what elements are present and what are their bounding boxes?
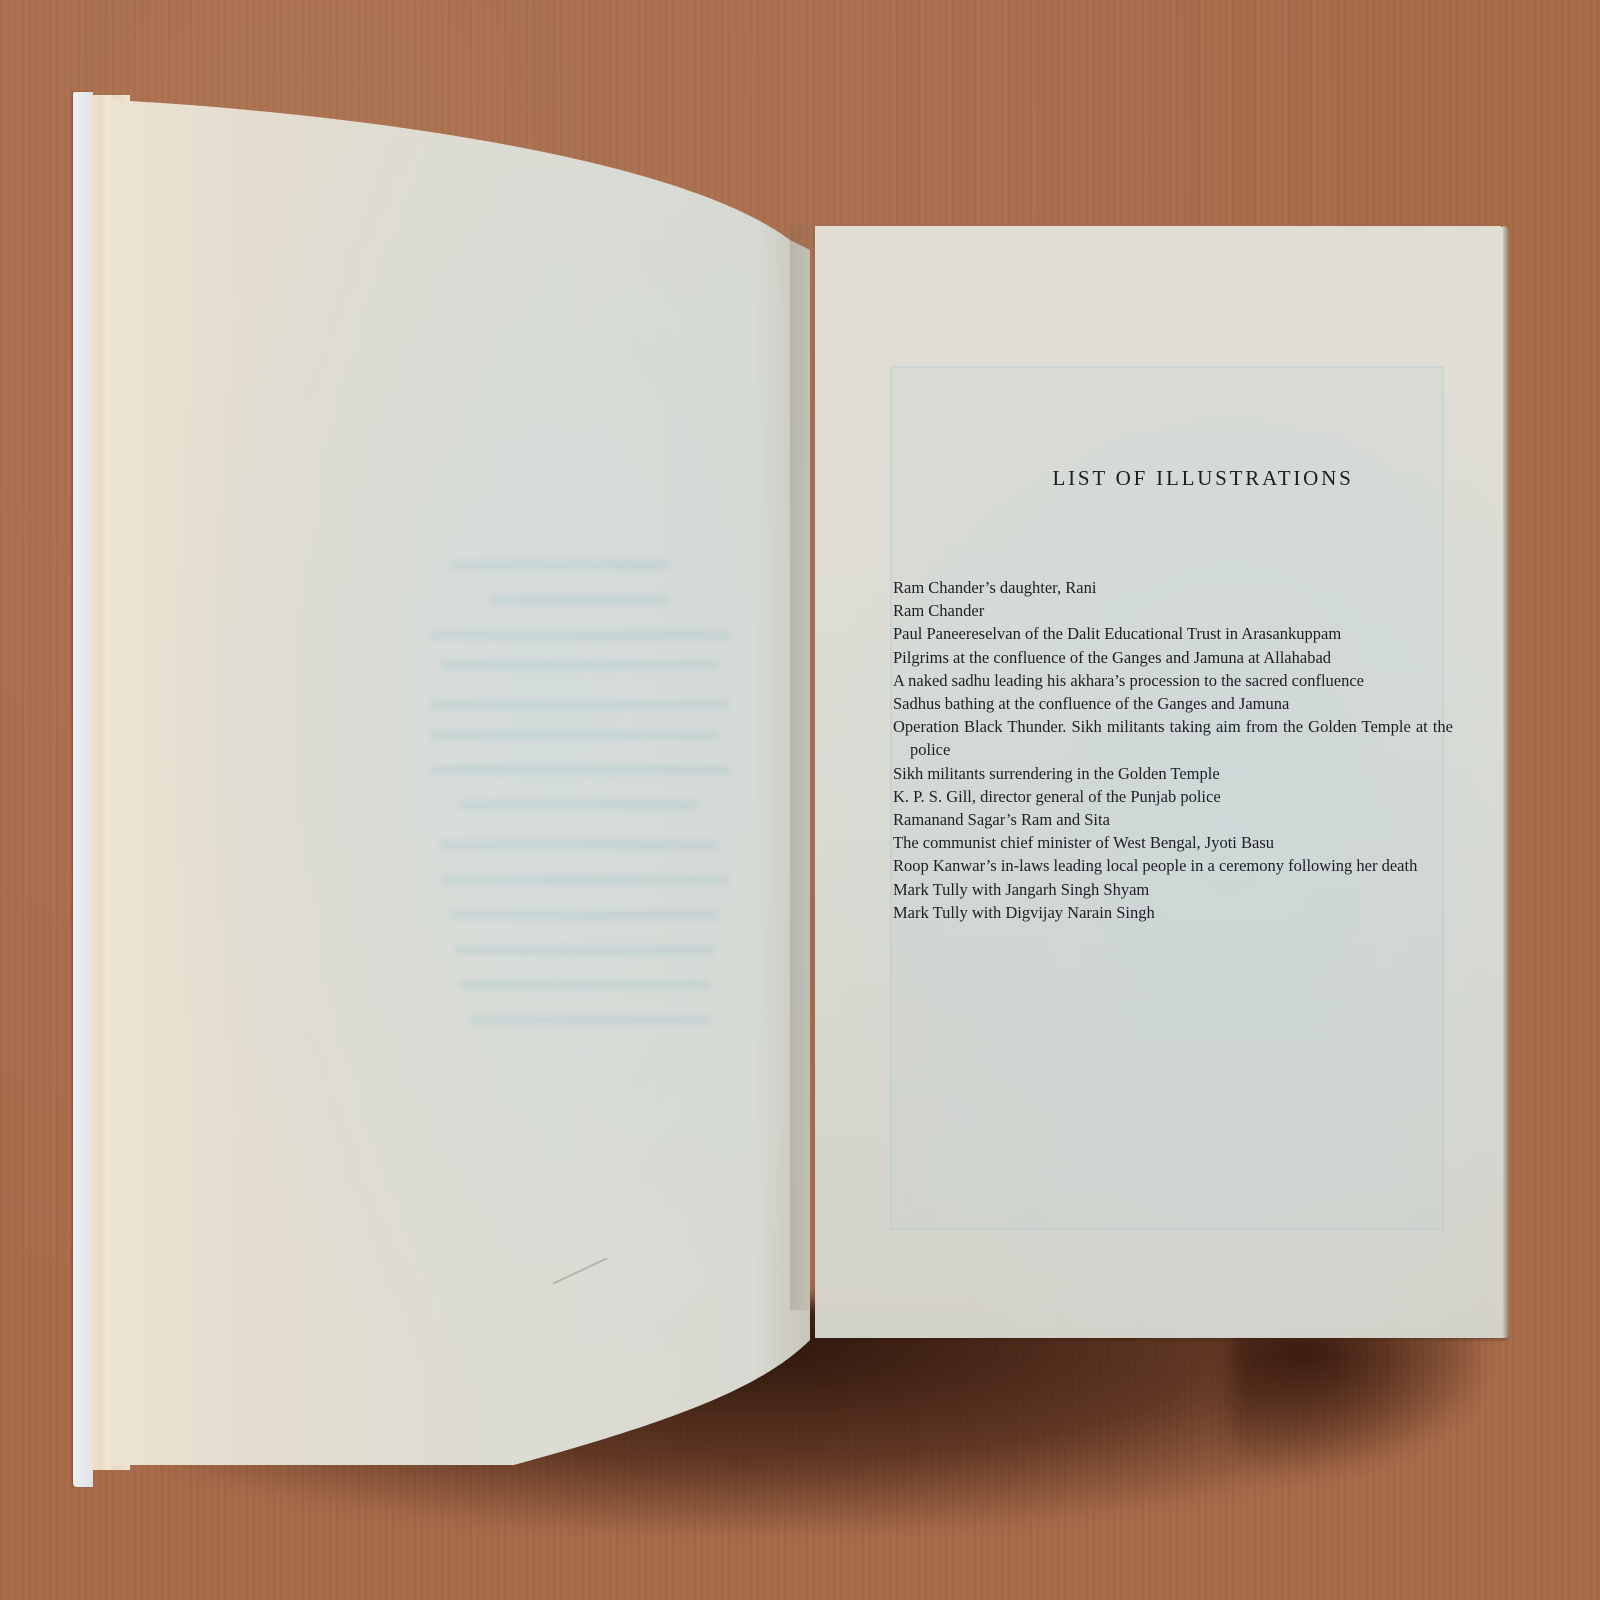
- show-through-line: [430, 730, 720, 740]
- list-item: Ramanand Sagar’s Ram and Sita: [893, 808, 1453, 831]
- show-through-line: [460, 980, 710, 990]
- show-through-line: [455, 945, 715, 955]
- right-page-shadow: [1230, 1330, 1490, 1480]
- show-through-line: [490, 595, 670, 605]
- list-item: Ram Chander’s daughter, Rani: [893, 576, 1453, 599]
- illustration-list: Ram Chander’s daughter, Rani Ram Chander…: [893, 576, 1453, 924]
- page-crease: [552, 1257, 607, 1284]
- list-item: Operation Black Thunder. Sikh militants …: [893, 715, 1453, 761]
- list-item: The communist chief minister of West Ben…: [893, 831, 1453, 854]
- list-item: Roop Kanwar’s in-laws leading local peop…: [893, 854, 1453, 877]
- show-through-line: [460, 800, 700, 810]
- list-item: Sikh militants surrendering in the Golde…: [893, 762, 1453, 785]
- show-through-line: [450, 910, 720, 920]
- list-item: Ram Chander: [893, 599, 1453, 622]
- list-item: Mark Tully with Jangarh Singh Shyam: [893, 878, 1453, 901]
- page-title: LIST OF ILLUSTRATIONS: [893, 466, 1433, 491]
- show-through-line: [440, 840, 720, 850]
- left-page: [110, 100, 810, 1465]
- list-item: Sadhus bathing at the confluence of the …: [893, 692, 1453, 715]
- list-item: Pilgrims at the confluence of the Ganges…: [893, 646, 1453, 669]
- show-through-line: [450, 560, 670, 570]
- list-item: Mark Tully with Digvijay Narain Singh: [893, 901, 1453, 924]
- show-through-line: [440, 660, 720, 670]
- right-page: LIST OF ILLUSTRATIONS Ram Chander’s daug…: [815, 226, 1505, 1338]
- show-through-line: [470, 1015, 710, 1025]
- list-item: Paul Paneereselvan of the Dalit Educatio…: [893, 622, 1453, 645]
- list-item: K. P. S. Gill, director general of the P…: [893, 785, 1453, 808]
- show-through-line: [430, 700, 730, 710]
- show-through-line: [440, 875, 730, 885]
- show-through-line: [430, 630, 730, 640]
- list-item: A naked sadhu leading his akhara’s proce…: [893, 669, 1453, 692]
- show-through-line: [430, 765, 730, 775]
